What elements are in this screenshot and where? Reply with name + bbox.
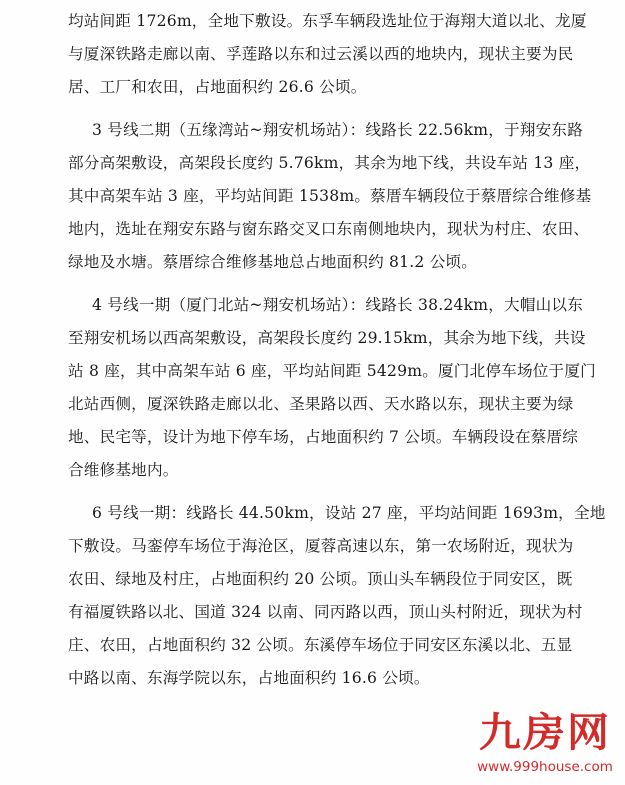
text-line: 中路以南、东海学院以东，占地面积约 16.6 公顷。: [68, 662, 562, 695]
text-line: 有福厦铁路以北、国道 324 以南、同丙路以西，顶山头村附近，现状为村: [68, 596, 562, 629]
watermark-logo: 九房网 www.999house.com: [470, 712, 620, 782]
paragraph-line4-phase1: 4 号线一期（厦门北站~翔安机场站）：线路长 38.24km，大帽山以东 至翔安…: [68, 289, 562, 487]
text-line: 居、工厂和农田，占地面积约 26.6 公顷。: [68, 71, 562, 104]
text-line: 与厦深铁路走廊以南、孚莲路以东和过云溪以西的地块内，现状主要为民: [68, 38, 562, 71]
text-line: 6 号线一期：线路长 44.50km，设站 27 座，平均站间距 1693m，全…: [68, 497, 562, 530]
text-line: 下敷设。马銮停车场位于海沧区，厦蓉高速以东，第一农场附近，现状为: [68, 530, 562, 563]
text-line: 合维修基地内。: [68, 454, 562, 487]
text-line: 部分高架敷设，高架段长度约 5.76km，其余为地下线，共设车站 13 座，: [68, 147, 562, 180]
text-line: 农田、绿地及村庄，占地面积约 20 公顷。顶山头车辆段位于同安区，既: [68, 563, 562, 596]
text-line: 站 8 座，其中高架车站 6 座，平均站间距 5429m。厦门北停车场位于厦门: [68, 355, 562, 388]
text-line: 北站西侧，厦深铁路走廊以北、圣果路以西、天水路以东，现状主要为绿: [68, 388, 562, 421]
paragraph-line6-phase1: 6 号线一期：线路长 44.50km，设站 27 座，平均站间距 1693m，全…: [68, 497, 562, 695]
document-body: 均站间距 1726m，全地下敷设。东孚车辆段选址位于海翔大道以北、龙厦 与厦深铁…: [68, 5, 562, 695]
watermark-url: www.999house.com: [470, 758, 620, 776]
paragraph-continuation: 均站间距 1726m，全地下敷设。东孚车辆段选址位于海翔大道以北、龙厦 与厦深铁…: [68, 5, 562, 104]
watermark-brand: 九房网: [466, 712, 624, 754]
text-line: 至翔安机场以西高架敷设，高架段长度约 29.15km，其余为地下线，共设: [68, 322, 562, 355]
text-line: 均站间距 1726m，全地下敷设。东孚车辆段选址位于海翔大道以北、龙厦: [68, 5, 562, 38]
text-line: 地、民宅等，设计为地下停车场，占地面积约 7 公顷。车辆段设在蔡厝综: [68, 421, 562, 454]
scanned-document-page: 均站间距 1726m，全地下敷设。东孚车辆段选址位于海翔大道以北、龙厦 与厦深铁…: [0, 0, 625, 785]
text-line: 绿地及水塘。蔡厝综合维修基地总占地面积约 81.2 公顷。: [68, 246, 562, 279]
text-line: 地内，选址在翔安东路与窗东路交叉口东南侧地块内，现状为村庄、农田、: [68, 213, 562, 246]
text-line: 其中高架车站 3 座，平均站间距 1538m。蔡厝车辆段位于蔡厝综合维修基: [68, 180, 562, 213]
text-line: 4 号线一期（厦门北站~翔安机场站）：线路长 38.24km，大帽山以东: [68, 289, 562, 322]
paragraph-line3-phase2: 3 号线二期（五缘湾站~翔安机场站）：线路长 22.56km，于翔安东路 部分高…: [68, 114, 562, 279]
text-line: 庄、农田，占地面积约 32 公顷。东溪停车场位于同安区东溪以北、五显: [68, 629, 562, 662]
text-line: 3 号线二期（五缘湾站~翔安机场站）：线路长 22.56km，于翔安东路: [68, 114, 562, 147]
